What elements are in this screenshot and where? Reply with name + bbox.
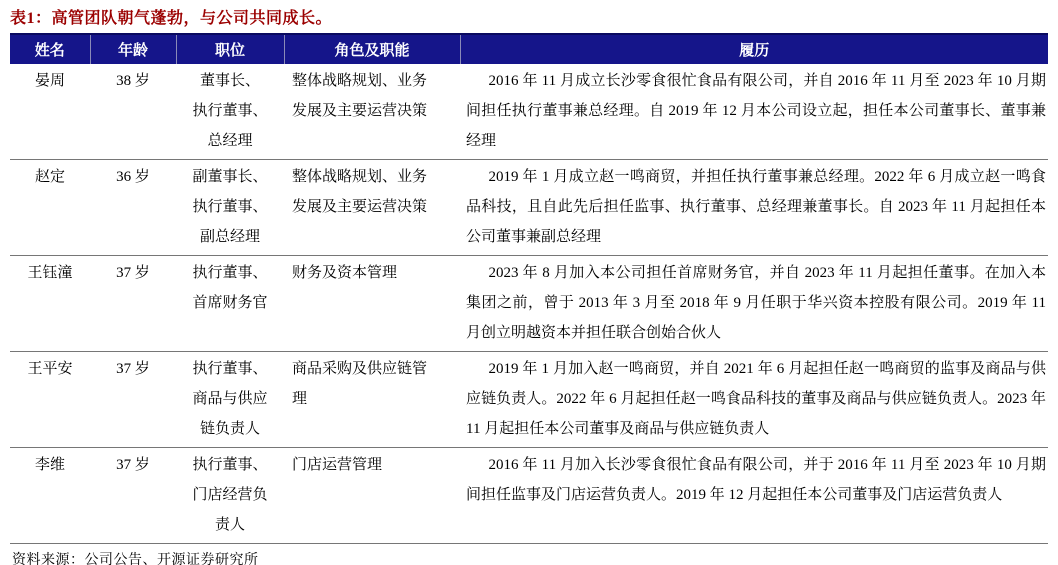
table-row: 王平安 37 岁 执行董事、 商品与供应 链负责人 商品采购及供应链管 理 20… xyxy=(10,352,1048,448)
cell-role: 整体战略规划、业务 发展及主要运营决策 xyxy=(284,64,460,160)
cell-resume: 2023 年 8 月加入本公司担任首席财务官，并自 2023 年 11 月起担任… xyxy=(460,256,1048,352)
cell-position: 执行董事、 首席财务官 xyxy=(176,256,284,352)
executives-table: 姓名 年龄 职位 角色及职能 履历 晏周 38 岁 董事长、 执行董事、 总经理… xyxy=(10,33,1048,544)
table-row: 李维 37 岁 执行董事、 门店经营负 责人 门店运营管理 2016 年 11 … xyxy=(10,448,1048,544)
cell-role: 商品采购及供应链管 理 xyxy=(284,352,460,448)
report-table-page: 表1：高管团队朝气蓬勃，与公司共同成长。 姓名 年龄 职位 角色及职能 履历 晏… xyxy=(0,0,1058,565)
table-row: 赵定 36 岁 副董事长、 执行董事、 副总经理 整体战略规划、业务 发展及主要… xyxy=(10,160,1048,256)
header-row: 姓名 年龄 职位 角色及职能 履历 xyxy=(10,34,1048,64)
cell-age: 37 岁 xyxy=(90,256,176,352)
cell-age: 37 岁 xyxy=(90,352,176,448)
cell-name: 赵定 xyxy=(10,160,90,256)
cell-position: 执行董事、 商品与供应 链负责人 xyxy=(176,352,284,448)
col-header-resume: 履历 xyxy=(460,34,1048,64)
table-row: 王钰潼 37 岁 执行董事、 首席财务官 财务及资本管理 2023 年 8 月加… xyxy=(10,256,1048,352)
col-header-position: 职位 xyxy=(176,34,284,64)
cell-role: 财务及资本管理 xyxy=(284,256,460,352)
cell-age: 38 岁 xyxy=(90,64,176,160)
cell-name: 李维 xyxy=(10,448,90,544)
cell-resume: 2016 年 11 月加入长沙零食很忙食品有限公司，并于 2016 年 11 月… xyxy=(460,448,1048,544)
col-header-age: 年龄 xyxy=(90,34,176,64)
cell-resume: 2019 年 1 月成立赵一鸣商贸，并担任执行董事兼总经理。2022 年 6 月… xyxy=(460,160,1048,256)
cell-role: 门店运营管理 xyxy=(284,448,460,544)
cell-role: 整体战略规划、业务 发展及主要运营决策 xyxy=(284,160,460,256)
cell-position: 董事长、 执行董事、 总经理 xyxy=(176,64,284,160)
cell-name: 王平安 xyxy=(10,352,90,448)
cell-resume: 2019 年 1 月加入赵一鸣商贸，并自 2021 年 6 月起担任赵一鸣商贸的… xyxy=(460,352,1048,448)
table-row: 晏周 38 岁 董事长、 执行董事、 总经理 整体战略规划、业务 发展及主要运营… xyxy=(10,64,1048,160)
cell-age: 36 岁 xyxy=(90,160,176,256)
cell-position: 执行董事、 门店经营负 责人 xyxy=(176,448,284,544)
data-source-note: 资料来源：公司公告、开源证券研究所 xyxy=(12,549,1048,565)
cell-position: 副董事长、 执行董事、 副总经理 xyxy=(176,160,284,256)
cell-name: 晏周 xyxy=(10,64,90,160)
col-header-name: 姓名 xyxy=(10,34,90,64)
cell-resume: 2016 年 11 月成立长沙零食很忙食品有限公司，并自 2016 年 11 月… xyxy=(460,64,1048,160)
cell-age: 37 岁 xyxy=(90,448,176,544)
col-header-role: 角色及职能 xyxy=(284,34,460,64)
cell-name: 王钰潼 xyxy=(10,256,90,352)
table-title: 表1：高管团队朝气蓬勃，与公司共同成长。 xyxy=(10,5,1048,28)
